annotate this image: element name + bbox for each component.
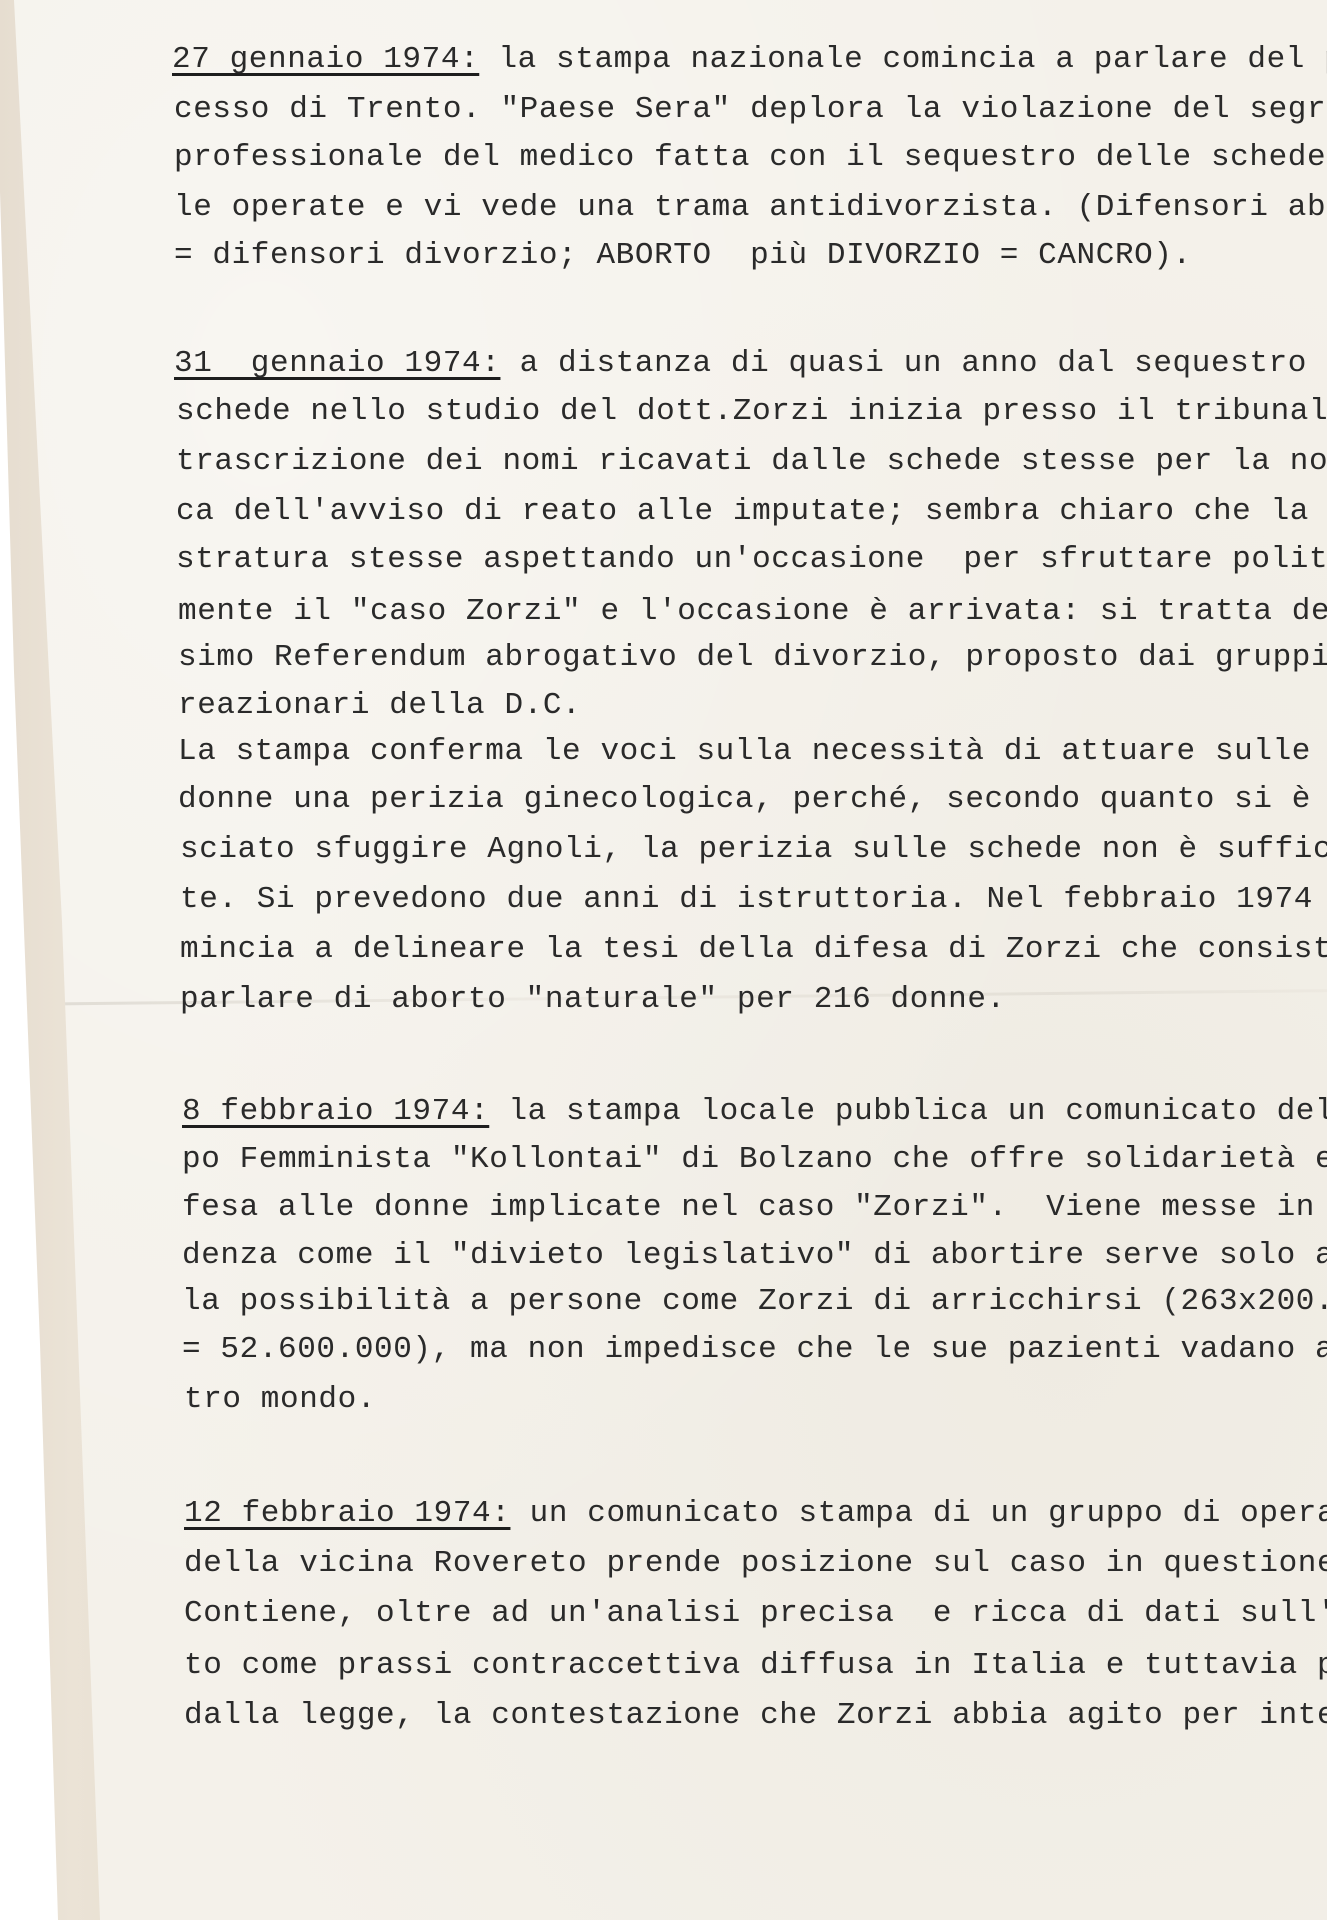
entry-31-gennaio-line-13: mincia a delineare la tesi della difesa … [180, 932, 1327, 968]
entry-31-gennaio-line-3: trascrizione dei nomi ricavati dalle sch… [176, 444, 1327, 480]
entry-text: un comunicato stampa di un gruppo di ope… [510, 1496, 1327, 1531]
entry-31-gennaio-line-7: simo Referendum abrogativo del divorzio,… [178, 640, 1327, 676]
entry-31-gennaio-line-14: parlare di aborto "naturale" per 216 don… [180, 982, 1006, 1018]
typewritten-page: 27 gennaio 1974: la stampa nazionale com… [0, 0, 1327, 1920]
entry-8-febbraio-line-1: 8 febbraio 1974: la stampa locale pubbli… [182, 1094, 1327, 1130]
entry-date: 31 gennaio 1974: [174, 346, 500, 381]
entry-31-gennaio-line-2: schede nello studio del dott.Zorzi inizi… [176, 394, 1327, 430]
entry-date: 8 febbraio 1974: [182, 1094, 489, 1129]
entry-31-gennaio-line-9: La stampa conferma le voci sulla necessi… [178, 734, 1327, 770]
entry-27-gennaio-line-1: 27 gennaio 1974: la stampa nazionale com… [172, 42, 1327, 78]
entry-text: la stampa nazionale comincia a parlare d… [479, 42, 1327, 77]
entry-8-febbraio-line-6: = 52.600.000), ma non impedisce che le s… [182, 1332, 1327, 1368]
entry-27-gennaio-line-5: = difensori divorzio; ABORTO più DIVORZI… [174, 238, 1192, 274]
entry-8-febbraio-line-2: po Femminista "Kollontai" di Bolzano che… [182, 1142, 1327, 1178]
entry-31-gennaio-line-1: 31 gennaio 1974: a distanza di quasi un … [174, 346, 1327, 382]
entry-31-gennaio-line-12: te. Si prevedono due anni di istruttoria… [180, 882, 1327, 918]
entry-31-gennaio-line-11: sciato sfuggire Agnoli, la perizia sulle… [180, 832, 1327, 868]
entry-date: 12 febbraio 1974: [184, 1496, 510, 1531]
entry-12-febbraio-line-2: della vicina Rovereto prende posizione s… [184, 1546, 1327, 1582]
entry-8-febbraio-line-5: la possibilità a persone come Zorzi di a… [182, 1284, 1327, 1320]
entry-12-febbraio-line-3: Contiene, oltre ad un'analisi precisa e … [184, 1596, 1327, 1632]
entry-31-gennaio-line-8: reazionari della D.C. [178, 688, 581, 724]
entry-27-gennaio-line-3: professionale del medico fatta con il se… [174, 140, 1327, 176]
entry-date: 27 gennaio 1974: [172, 42, 479, 77]
entry-8-febbraio-line-4: denza come il "divieto legislativo" di a… [182, 1238, 1327, 1274]
entry-12-febbraio-line-1: 12 febbraio 1974: un comunicato stampa d… [184, 1496, 1327, 1532]
entry-12-febbraio-line-4: to come prassi contraccettiva diffusa in… [184, 1648, 1327, 1684]
entry-27-gennaio-line-4: le operate e vi vede una trama antidivor… [174, 190, 1327, 226]
entry-12-febbraio-line-5: dalla legge, la contestazione che Zorzi … [184, 1698, 1327, 1734]
entry-8-febbraio-line-3: fesa alle donne implicate nel caso "Zorz… [182, 1190, 1327, 1226]
entry-8-febbraio-line-7: tro mondo. [184, 1382, 376, 1418]
scanned-document: 27 gennaio 1974: la stampa nazionale com… [0, 0, 1327, 1920]
entry-text: la stampa locale pubblica un comunicato … [489, 1094, 1327, 1129]
entry-31-gennaio-line-10: donne una perizia ginecologica, perché, … [178, 782, 1327, 818]
entry-31-gennaio-line-6: mente il "caso Zorzi" e l'occasione è ar… [178, 594, 1327, 630]
entry-text: a distanza di quasi un anno dal sequestr… [500, 346, 1327, 381]
entry-31-gennaio-line-4: ca dell'avviso di reato alle imputate; s… [176, 494, 1327, 530]
entry-27-gennaio-line-2: cesso di Trento. "Paese Sera" deplora la… [174, 92, 1327, 128]
entry-31-gennaio-line-5: stratura stesse aspettando un'occasione … [176, 542, 1327, 578]
